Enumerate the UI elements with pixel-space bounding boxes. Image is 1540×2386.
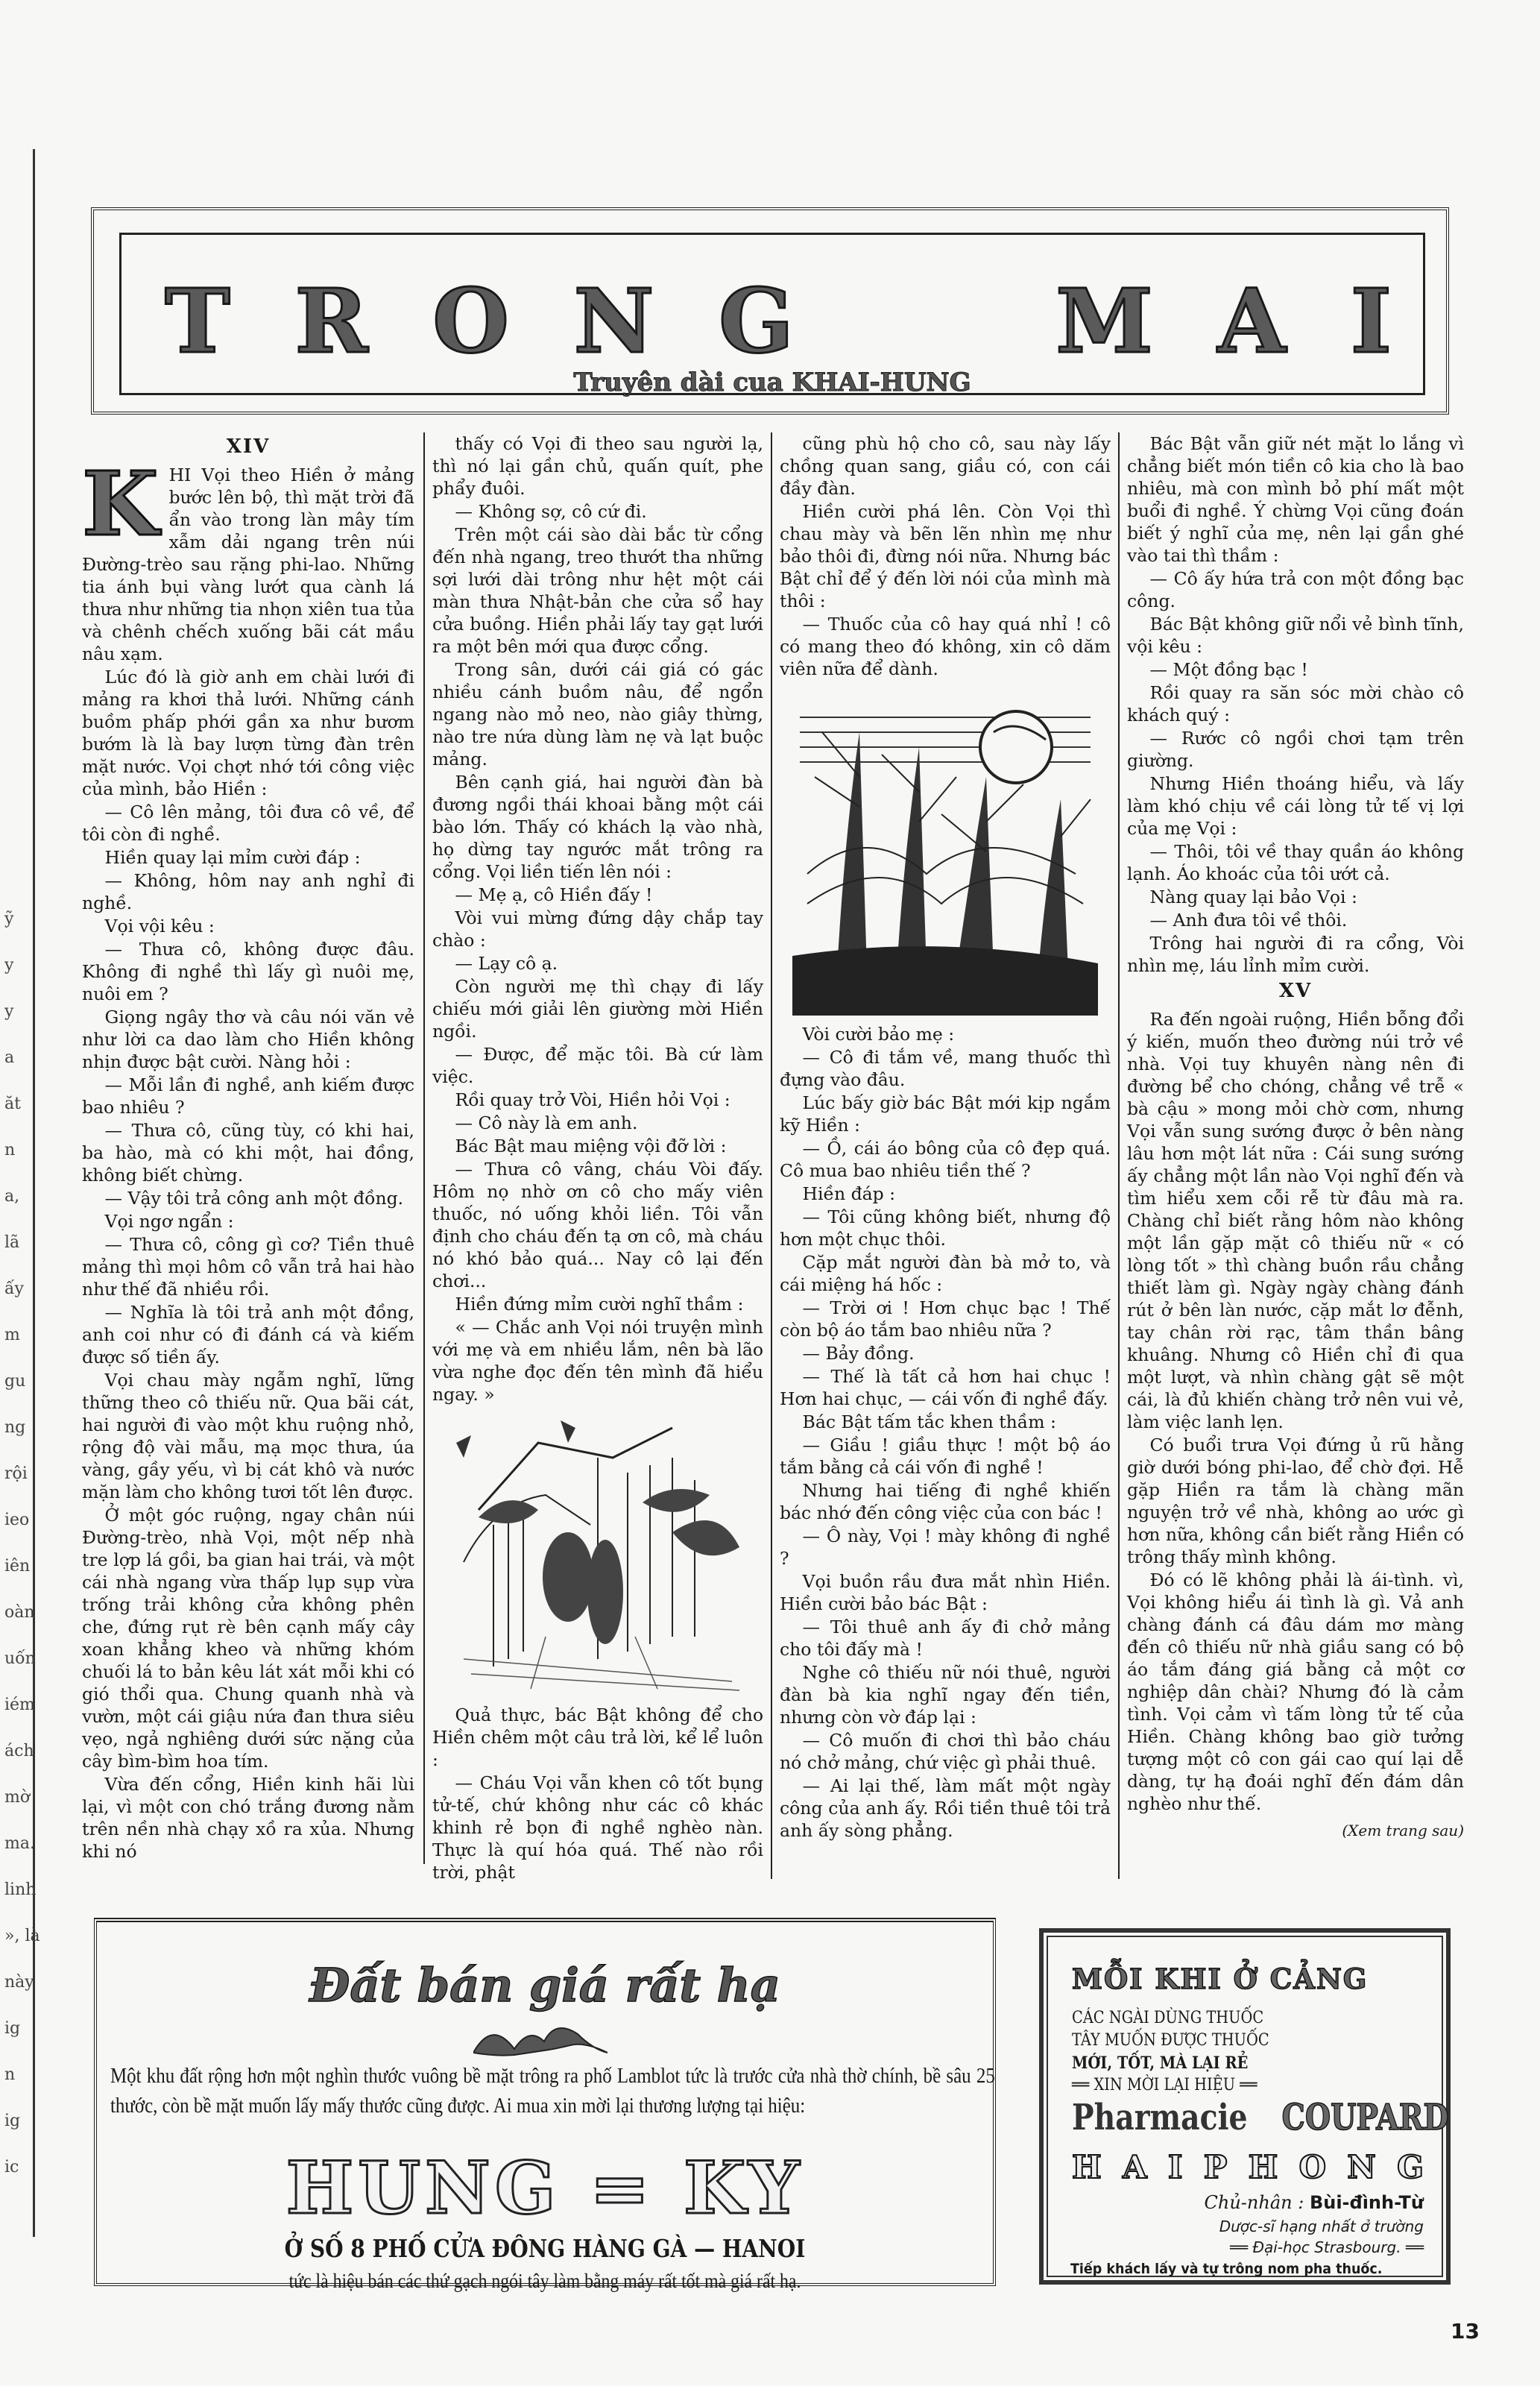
pharmacy-owner: Chủ-nhân : Bùi-đình-Từ — [1205, 2192, 1424, 2213]
margin-rule — [33, 149, 35, 2237]
margin-text-fragment: oàn — [4, 1603, 35, 1622]
title-letter: O — [432, 269, 511, 373]
paragraph: — Thưa cô, cũng tùy, có khi hai, ba hào,… — [82, 1119, 414, 1186]
paragraph: Trên một cái sào dài bắc từ cổng đến nhà… — [432, 523, 763, 658]
drop-cap: K — [82, 468, 159, 540]
paragraph: Bên cạnh giá, hai người đàn bà đương ngồ… — [432, 771, 763, 883]
paragraph: Bác Bật không giữ nổi vẻ bình tĩnh, vội … — [1127, 613, 1464, 658]
margin-text-fragment: mờ — [4, 1788, 30, 1807]
title-letter: M — [1055, 269, 1155, 373]
paragraph: Còn người mẹ thì chạy đi lấy chiếu mới g… — [432, 975, 763, 1042]
paragraph: Rồi quay ra săn sóc mời chào cô khách qu… — [1127, 682, 1464, 726]
paragraph: — Thưa cô, không được đâu. Không đi nghề… — [82, 938, 414, 1005]
title-letter: N — [574, 269, 656, 373]
paragraph: Nhưng hai tiếng đi nghề khiến bác nhớ đế… — [780, 1479, 1111, 1524]
margin-text-fragment: ieo — [4, 1511, 29, 1529]
paragraph: — Cháu Vọi vẫn khen cô tốt bụng tử-tế, c… — [432, 1772, 763, 1883]
paragraph: Nhưng Hiền thoáng hiểu, và lấy làm khó c… — [1127, 772, 1464, 840]
paragraph: Hiền đáp : — [780, 1183, 1111, 1205]
paragraph: — Ô này, Vọi ! mày không đi nghề ? — [780, 1525, 1111, 1570]
paragraph: Giọng ngây thơ và câu nói văn vẻ như lời… — [82, 1006, 414, 1073]
title-letter: G — [719, 269, 795, 373]
paragraph: — Tôi cũng không biết, nhưng độ hơn một … — [780, 1206, 1111, 1250]
paragraph: — Mỗi lần đi nghề, anh kiếm được bao nhi… — [82, 1074, 414, 1118]
margin-text-fragment: y — [4, 956, 13, 975]
chapter-heading: XV — [1127, 980, 1464, 1002]
column-1: XIV KHI Vọi theo Hiền ở mảng bước lên bộ… — [82, 432, 414, 1879]
paragraph: — Rước cô ngồi chơi tạm trên giường. — [1127, 727, 1464, 772]
paragraph: Trông hai người đi ra cổng, Vòi nhìn mẹ,… — [1127, 932, 1464, 977]
ad-body: Một khu đất rộng hơn một nghìn thước vuô… — [110, 2061, 995, 2121]
land-sale-advertisement: Đất bán giá rất hạ Một khu đất rộng hơn … — [94, 1918, 996, 2286]
paragraph: Hiền cười phá lên. Còn Vọi thì chau mày … — [780, 500, 1111, 612]
paragraph: — Cô lên mảng, tôi đưa cô về, để tôi còn… — [82, 801, 414, 846]
column-divider — [771, 432, 772, 1879]
paragraph: — Thưa cô vâng, cháu Vòi đấy. Hôm nọ nhờ… — [432, 1158, 763, 1292]
title-inner-frame: T R O N G M A I Truyên dài cua KHAI-HUNG — [119, 233, 1425, 395]
margin-text-fragment: y — [4, 1002, 13, 1021]
margin-text-fragment: iên — [4, 1557, 30, 1576]
margin-text-fragment: ấy — [4, 1279, 24, 1298]
paragraph: Ở một góc ruộng, ngay chân núi Đường-trè… — [82, 1504, 414, 1772]
paragraph: Rồi quay trở Vòi, Hiền hỏi Vọi : — [432, 1089, 763, 1111]
margin-text-fragment: ách — [4, 1742, 34, 1760]
paragraph: Cặp mắt người đàn bà mở to, và cái miệng… — [780, 1251, 1111, 1296]
serial-subtitle: Truyên dài cua KHAI-HUNG — [122, 368, 1423, 397]
margin-text-fragment: ig — [4, 2112, 20, 2130]
paragraph: — Một đồng bạc ! — [1127, 658, 1464, 681]
ad-line: CÁC NGÀI DÙNG THUỐC — [1072, 2007, 1269, 2030]
pharmacy-advertisement: MỖI KHI Ở CẢNG CÁC NGÀI DÙNG THUỐC TÂY M… — [1039, 1928, 1451, 2285]
paragraph: Ra đến ngoài ruộng, Hiền bỗng đổi ý kiến… — [1127, 1008, 1464, 1433]
moonlit-trees-illustration — [792, 687, 1098, 1016]
paragraph: cũng phù hộ cho cô, sau này lấy chồng qu… — [780, 432, 1111, 500]
column-divider — [1118, 432, 1120, 1879]
paragraph: Nàng quay lại bảo Vọi : — [1127, 886, 1464, 908]
village-house-illustration — [449, 1413, 747, 1696]
column-4: Bác Bật vẫn giữ nét mặt lo lắng vì chẳng… — [1127, 432, 1464, 1879]
paragraph: — Ai lại thế, làm mất một ngày công của … — [780, 1775, 1111, 1842]
paragraph: — Thế là tất cả hơn hai chục ! Hơn hai c… — [780, 1365, 1111, 1410]
margin-text-fragment: m — [4, 1326, 20, 1344]
page-number: 13 — [1451, 2319, 1480, 2343]
margin-text-fragment: lã — [4, 1233, 19, 1252]
ad-lines: CÁC NGÀI DÙNG THUỐC TÂY MUỐN ĐƯỢC THUỐC … — [1072, 2007, 1269, 2097]
margin-text-fragment: n — [4, 1141, 15, 1159]
ad-line: ══ XIN MỜI LẠI HIỆU ══ — [1072, 2074, 1269, 2097]
paragraph: Bác Bật vẫn giữ nét mặt lo lắng vì chẳng… — [1127, 432, 1464, 567]
paragraph: — Cô muốn đi chơi thì bảo cháu nó chở mả… — [780, 1729, 1111, 1774]
paragraph: Hiền quay lại mỉm cười đáp : — [82, 846, 414, 869]
margin-text-fragment: n — [4, 2065, 15, 2084]
paragraph: Lúc đó là giờ anh em chài lưới đi mảng r… — [82, 666, 414, 800]
paragraph: — Cô ấy hứa trả con một đồng bạc công. — [1127, 567, 1464, 612]
margin-text-fragment: linh — [4, 1880, 36, 1899]
ad-address: Ở SỐ 8 PHỐ CỬA ĐÔNG HÀNG GÀ — HANOI — [164, 2234, 926, 2263]
paragraph: « — Chắc anh Vọi nói truyện mình với mẹ … — [432, 1316, 763, 1406]
wave-ornament-icon — [473, 2019, 608, 2056]
paragraph: Vọi ngơ ngẩn : — [82, 1210, 414, 1233]
paragraph: — Vậy tôi trả công anh một đồng. — [82, 1187, 414, 1209]
continued-note: (Xem trang sau) — [1127, 1819, 1464, 1842]
margin-text-fragment: ăt — [4, 1095, 21, 1113]
paragraph: — Không, hôm nay anh nghỉ đi nghề. — [82, 869, 414, 914]
pharmacy-city: HA IP HO NG — [1072, 2149, 1424, 2185]
paragraph: Vừa đến cổng, Hiền kinh hãi lùi lại, vì … — [82, 1773, 414, 1863]
paragraph: — Giầu ! giầu thực ! một bộ áo tắm bằng … — [780, 1434, 1111, 1479]
paragraph: Vòi cười bảo mẹ : — [780, 1023, 1111, 1045]
column-2: thấy có Vọi đi theo sau người lạ, thì nó… — [432, 432, 763, 1879]
pharmacy-footer: Tiếp khách lấy và tự trông nom pha thuốc… — [1070, 2261, 1382, 2277]
paragraph: Bác Bật mau miệng vội đỡ lời : — [432, 1135, 763, 1157]
margin-text-fragment: uốn — [4, 1649, 36, 1668]
margin-text-fragment: iém — [4, 1696, 35, 1714]
paragraph: — Ồ, cái áo bông của cô đẹp quá. Cô mua … — [780, 1137, 1111, 1182]
paragraph: — Không sợ, cô cứ đi. — [432, 500, 763, 523]
paragraph: Vọi chau mày ngẫm nghĩ, lững thững theo … — [82, 1369, 414, 1503]
paragraph: — Cô đi tắm về, mang thuốc thì đựng vào … — [780, 1046, 1111, 1091]
paragraph: Có buổi trưa Vọi đứng ủ rũ hằng giờ dưới… — [1127, 1434, 1464, 1568]
margin-text-fragment: a, — [4, 1187, 19, 1206]
paragraph: — Bảy đồng. — [780, 1342, 1111, 1364]
margin-text-fragment: gu — [4, 1372, 25, 1391]
margin-text-fragment: ng — [4, 1418, 25, 1437]
pharmacy-credentials: Dược-sĩ hạng nhất ở trường ══ Đại-học St… — [1219, 2216, 1424, 2258]
serial-title: T R O N G M A I — [122, 269, 1423, 373]
paragraph: — Anh đưa tôi về thôi. — [1127, 909, 1464, 931]
title-banner: T R O N G M A I Truyên dài cua KHAI-HUNG — [91, 207, 1449, 415]
margin-text-fragment: này — [4, 1973, 34, 1992]
paragraph: Quả thực, bác Bật không để cho Hiền chêm… — [432, 1704, 763, 1771]
margin-text-fragment: », là — [4, 1927, 40, 1945]
ad-headline: MỖI KHI Ở CẢNG — [1072, 1962, 1368, 1995]
paragraph: — Trời ơi ! Hơn chục bạc ! Thế còn bộ áo… — [780, 1297, 1111, 1341]
margin-text-fragment: ma. — [4, 1834, 35, 1853]
column-3: cũng phù hộ cho cô, sau này lấy chồng qu… — [780, 432, 1111, 1879]
paragraph: — Thuốc của cô hay quá nhỉ ! cô có mang … — [780, 613, 1111, 680]
paragraph: — Được, để mặc tôi. Bà cứ làm việc. — [432, 1043, 763, 1088]
paragraph: — Thưa cô, công gì cơ? Tiền thuê mảng th… — [82, 1233, 414, 1300]
paragraph: Lúc bấy giờ bác Bật mới kịp ngắm kỹ Hiền… — [780, 1092, 1111, 1136]
paragraph: — Mẹ ạ, cô Hiền đấy ! — [432, 884, 763, 906]
left-margin-bleed: ỹyyaătna,lãấymgungrộiieoiênoànuốniémáchm… — [0, 0, 43, 2386]
title-letter: T — [165, 269, 232, 373]
paragraph: — Lạy cô ạ. — [432, 952, 763, 975]
ad-tagline: tức là hiệu bán các thứ gạch ngói tây là… — [151, 2270, 939, 2293]
ad-line: MỚI, TỐT, MÀ LẠI RẺ — [1072, 2052, 1269, 2074]
title-letter: R — [294, 269, 369, 373]
margin-text-fragment: ig — [4, 2019, 20, 2038]
paragraph: — Tôi thuê anh ấy đi chở mảng cho tôi đấ… — [780, 1616, 1111, 1661]
paragraph: Trong sân, dưới cái giá có gác nhiều cán… — [432, 658, 763, 770]
ad-line: TÂY MUỐN ĐƯỢC THUỐC — [1072, 2030, 1269, 2052]
paragraph: Bác Bật tấm tắc khen thầm : — [780, 1411, 1111, 1433]
paragraph: Hiền đứng mỉm cười nghĩ thầm : — [432, 1293, 763, 1315]
paragraph: thấy có Vọi đi theo sau người lạ, thì nó… — [432, 432, 763, 500]
paragraph: Đó có lẽ không phải là ái-tình. vì, Vọi … — [1127, 1569, 1464, 1815]
title-letter: A — [1218, 269, 1288, 373]
paragraph: KHI Vọi theo Hiền ở mảng bước lên bộ, th… — [82, 464, 414, 665]
paragraph: Vọi vội kêu : — [82, 915, 414, 937]
margin-text-fragment: ỹ — [4, 910, 13, 928]
ad-headline: Đất bán giá rất hạ — [97, 1958, 993, 2012]
column-divider — [423, 432, 425, 1864]
article-columns: XIV KHI Vọi theo Hiền ở mảng bước lên bộ… — [82, 432, 1476, 1879]
paragraph: Vọi buồn rầu đưa mắt nhìn Hiền. Hiền cườ… — [780, 1570, 1111, 1615]
ad-brand-name: HUNG = KY — [97, 2146, 993, 2230]
paragraph: — Nghĩa là tôi trả anh một đồng, anh coi… — [82, 1301, 414, 1368]
margin-text-fragment: ic — [4, 2158, 19, 2176]
title-letter: I — [1351, 269, 1393, 373]
paragraph: — Cô này là em anh. — [432, 1112, 763, 1134]
margin-text-fragment: rội — [4, 1464, 28, 1483]
paragraph: Vòi vui mừng đứng dậy chắp tay chào : — [432, 907, 763, 951]
margin-text-fragment: a — [4, 1048, 14, 1067]
paragraph: — Thôi, tôi về thay quần áo không lạnh. … — [1127, 840, 1464, 885]
pharmacy-name: PharmacieCOUPARD — [1072, 2097, 1427, 2138]
paragraph: Nghe cô thiếu nữ nói thuê, người đàn bà … — [780, 1661, 1111, 1728]
